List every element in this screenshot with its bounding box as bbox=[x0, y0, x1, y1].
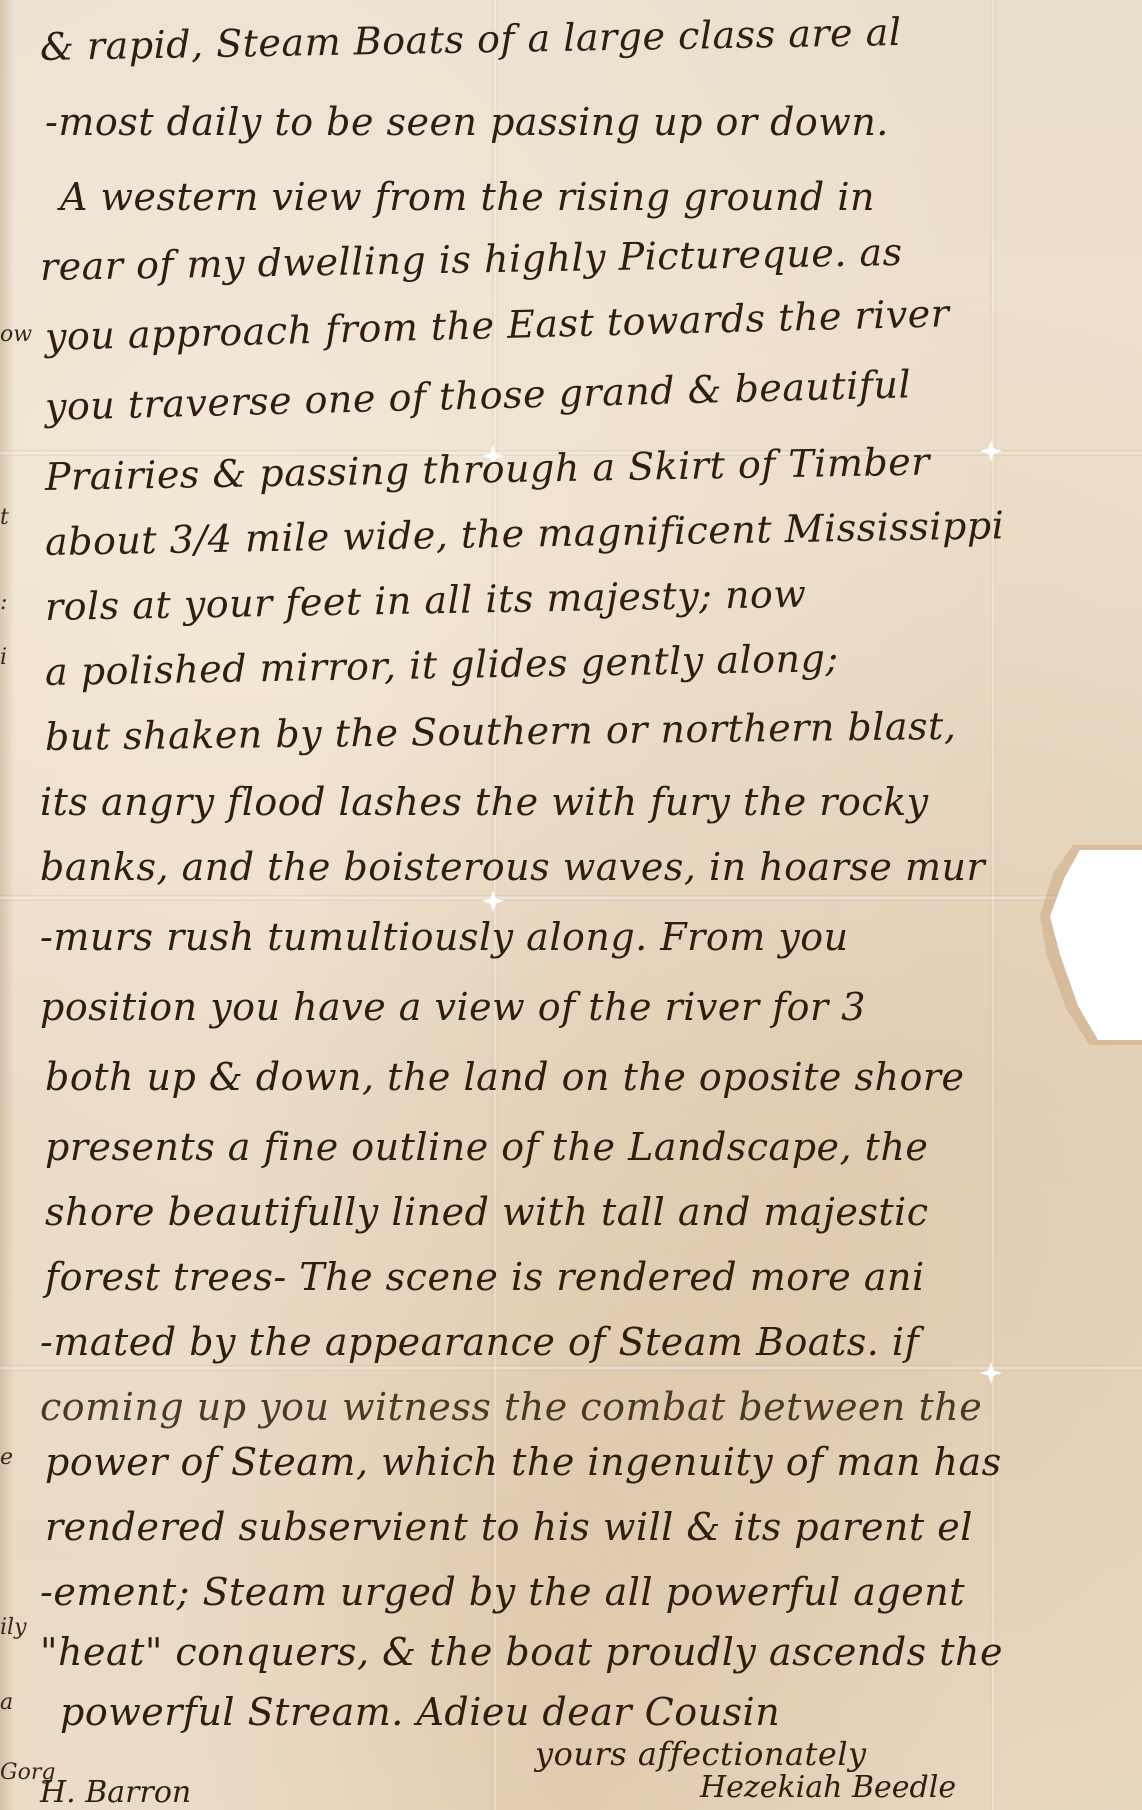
text-line: rear of my dwelling is highly Pictureque… bbox=[40, 230, 903, 289]
text-line: about 3/4 mile wide, the magnificent Mis… bbox=[45, 503, 1005, 564]
text-line: its angry flood lashes the with fury the… bbox=[40, 780, 929, 824]
text-line: powerful Stream. Adieu dear Cousin bbox=[60, 1690, 780, 1734]
text-line: -ement; Steam urged by the all powerful … bbox=[40, 1570, 965, 1614]
text-line: -murs rush tumultiously along. From you bbox=[40, 915, 849, 959]
letter-page: & rapid, Steam Boats of a large class ar… bbox=[0, 0, 1142, 1810]
text-line: forest trees- The scene is rendered more… bbox=[45, 1255, 925, 1299]
fold-crease-horizontal bbox=[0, 895, 1142, 901]
margin-fragment: Gorg bbox=[0, 1760, 55, 1785]
text-line: position you have a view of the river fo… bbox=[40, 985, 866, 1029]
text-line: "heat" conquers, & the boat proudly asce… bbox=[40, 1630, 1003, 1674]
margin-fragment: e bbox=[0, 1445, 13, 1470]
text-line: shore beautifully lined with tall and ma… bbox=[45, 1190, 929, 1234]
fold-hole bbox=[980, 440, 1002, 462]
closing-line: yours affectionately bbox=[535, 1735, 867, 1773]
text-line: power of Steam, which the ingenuity of m… bbox=[45, 1440, 1002, 1484]
text-line: -most daily to be seen passing up or dow… bbox=[45, 100, 889, 144]
text-line: coming up you witness the combat between… bbox=[40, 1385, 982, 1429]
text-line: rols at your feet in all its majesty; no… bbox=[45, 572, 807, 629]
fold-crease-vertical-right bbox=[990, 0, 996, 1810]
margin-fragment: i bbox=[0, 645, 7, 670]
addressee: H. Barron bbox=[40, 1775, 191, 1810]
text-line: both up & down, the land on the oposite … bbox=[45, 1055, 965, 1099]
text-line: rendered subservient to his will & its p… bbox=[45, 1505, 973, 1549]
margin-fragment: t bbox=[0, 505, 9, 530]
page-edge-shadow bbox=[0, 0, 14, 1810]
margin-fragment: : bbox=[0, 590, 7, 615]
margin-fragment: ow bbox=[0, 322, 32, 347]
text-line: banks, and the boisterous waves, in hoar… bbox=[40, 845, 985, 889]
signature: Hezekiah Beedle bbox=[700, 1770, 956, 1805]
fold-hole bbox=[482, 890, 504, 912]
text-line: you traverse one of those grand & beauti… bbox=[44, 362, 911, 429]
text-line: Prairies & passing through a Skirt of Ti… bbox=[45, 440, 931, 499]
text-line: -mated by the appearance of Steam Boats.… bbox=[40, 1320, 919, 1364]
text-line: presents a fine outline of the Landscape… bbox=[45, 1125, 928, 1169]
margin-fragment: ily bbox=[0, 1615, 27, 1640]
text-line: a polished mirror, it glides gently alon… bbox=[45, 636, 839, 694]
text-line: A western view from the rising ground in bbox=[60, 175, 875, 219]
fold-crease-horizontal bbox=[0, 1365, 1142, 1371]
text-line: & rapid, Steam Boats of a large class ar… bbox=[40, 10, 902, 69]
text-line: but shaken by the Southern or northern b… bbox=[45, 704, 957, 759]
margin-fragment: a bbox=[0, 1690, 13, 1715]
